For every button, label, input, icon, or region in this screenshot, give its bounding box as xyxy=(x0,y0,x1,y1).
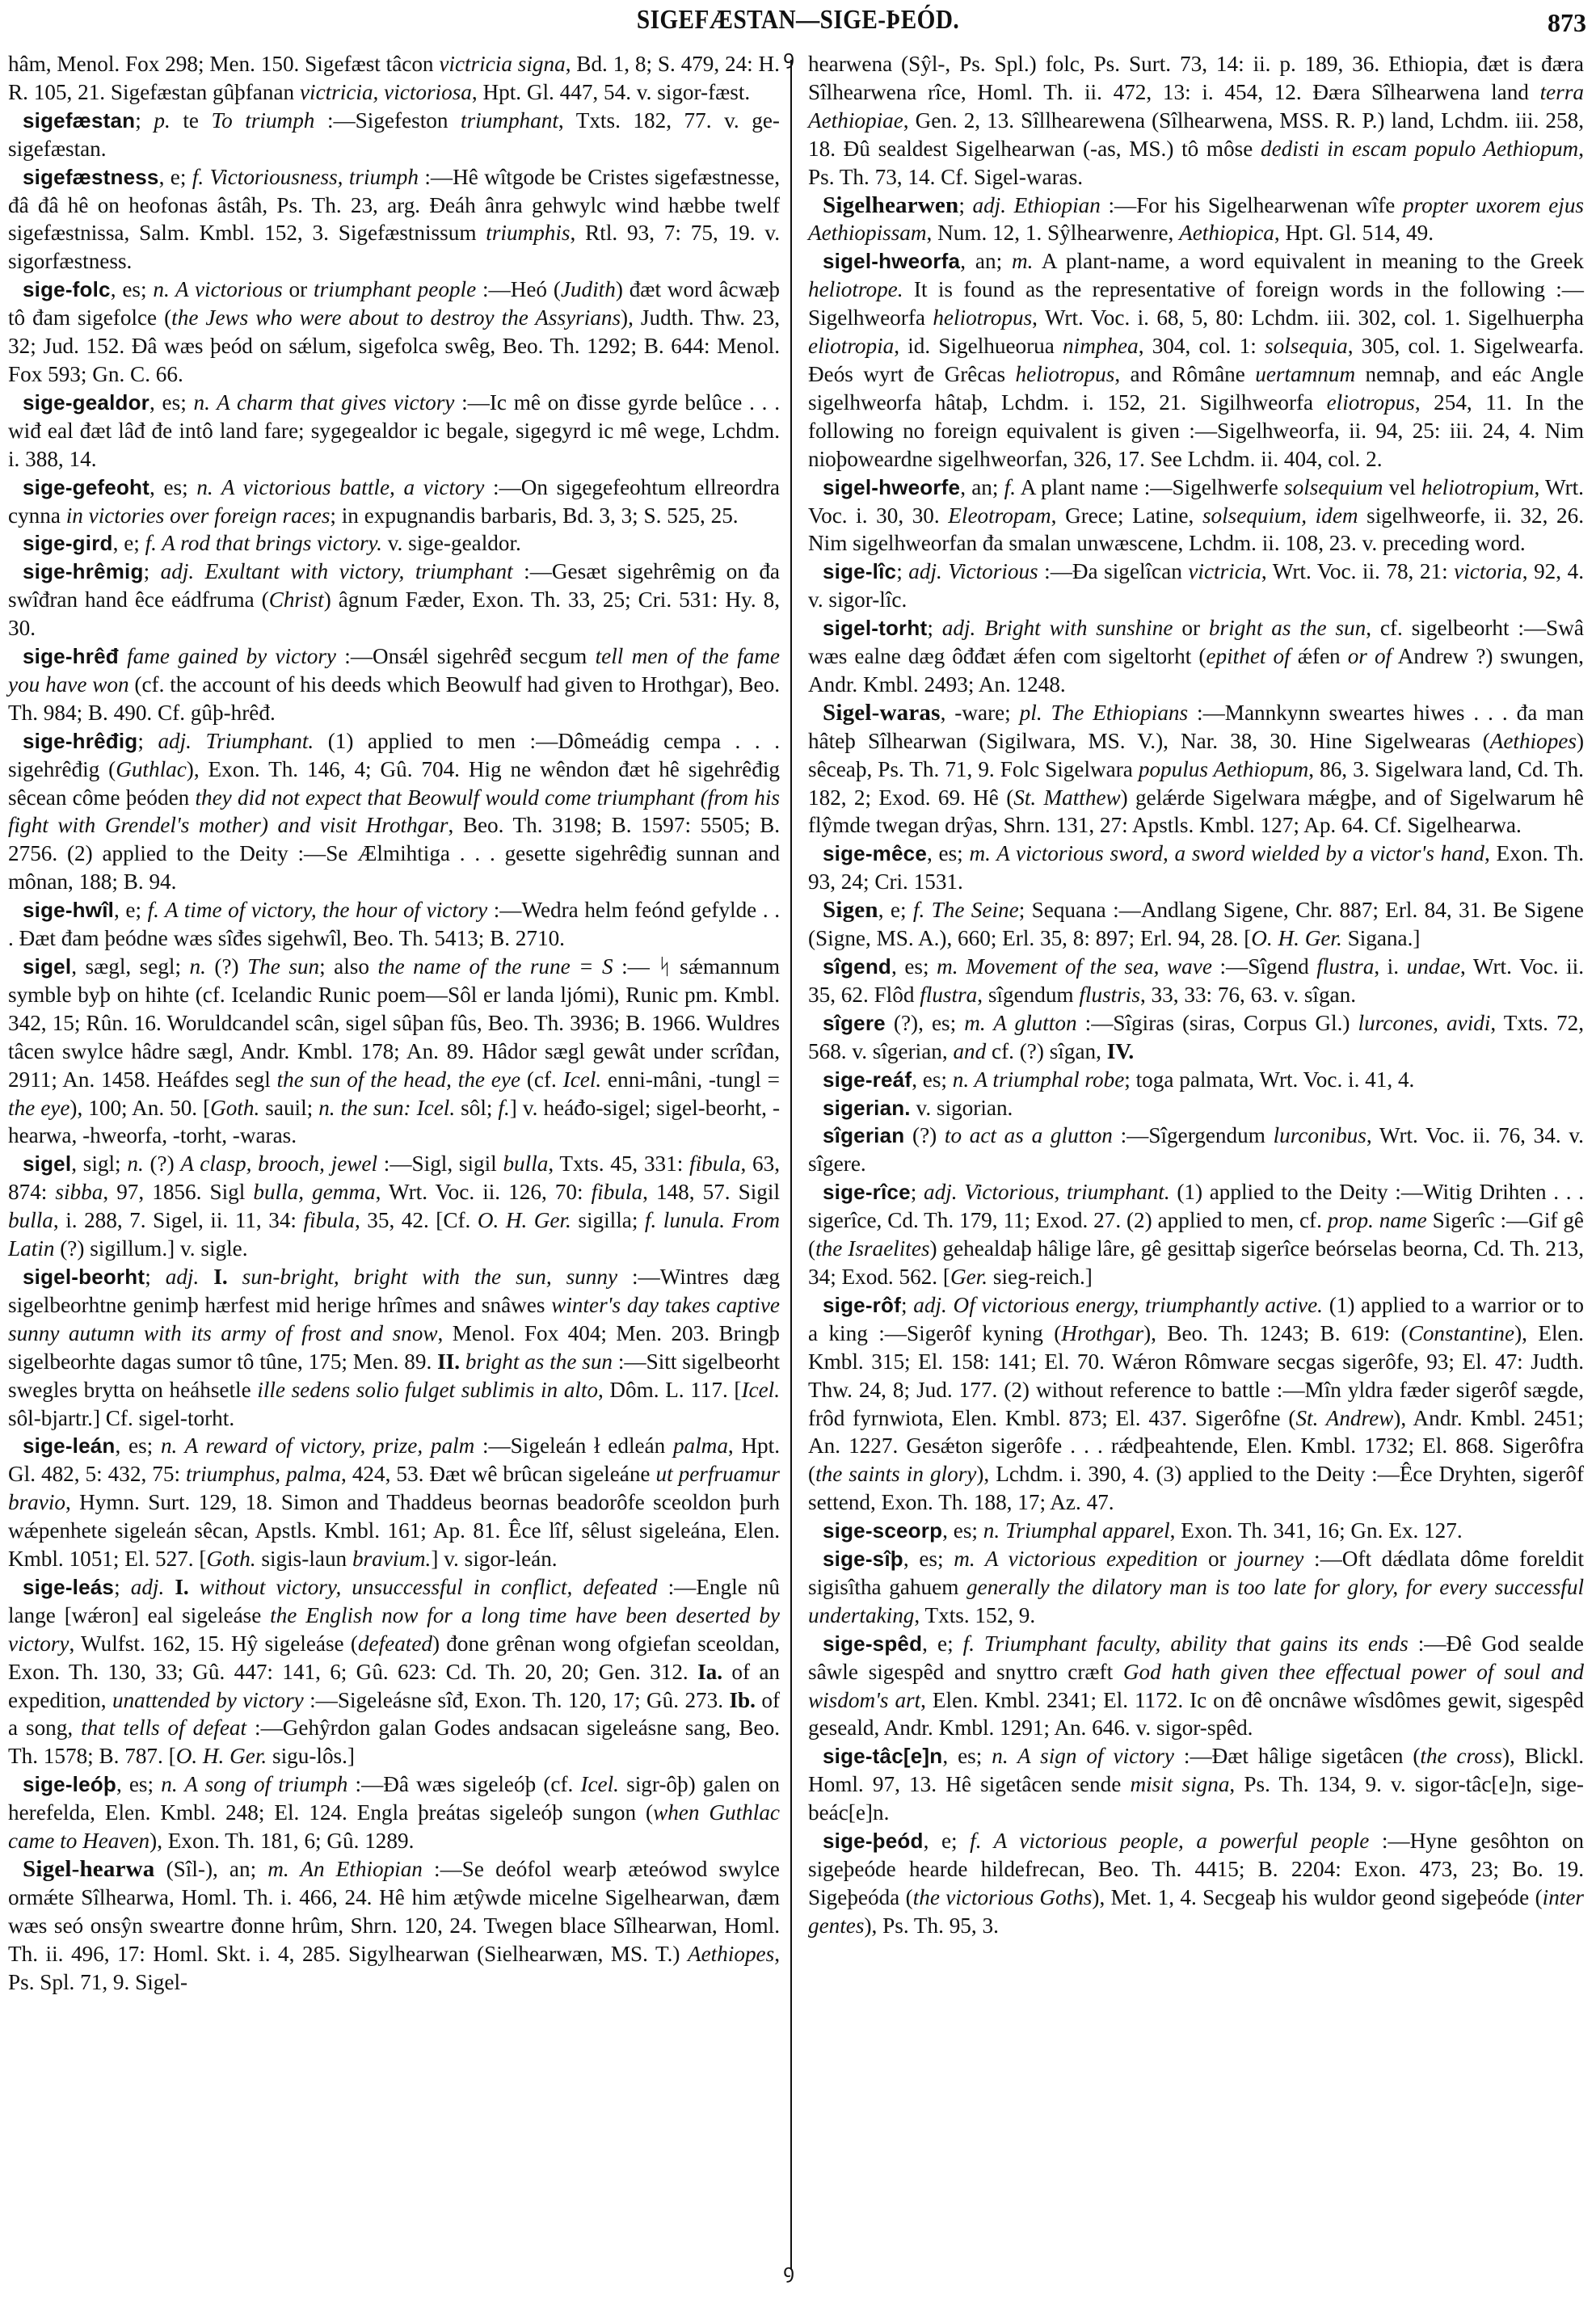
column-rule-ornament-bottom-icon: ꝯ xyxy=(783,2263,794,2282)
dictionary-entry: sige-folc, es; n. A victorious or triump… xyxy=(8,276,780,389)
entry-text: , Wrt. Voc. i. 68, 5, 80: Lchdm. iii. 30… xyxy=(1032,305,1584,330)
entry-continuation: hearwena (Sŷl-, Ps. Spl.) folc, Ps. Surt… xyxy=(808,50,1584,192)
gloss-italic: n. A victorious xyxy=(153,277,282,301)
headword: sige-leás xyxy=(23,1575,114,1599)
dictionary-entry: Sigel-waras, -ware; pl. The Ethiopians :… xyxy=(808,699,1584,840)
entry-text: , 304, col. 1: xyxy=(1139,334,1265,358)
entry-text: , an; xyxy=(960,475,1004,499)
headword: sige-rîce xyxy=(823,1180,911,1204)
headword: sige-hwîl xyxy=(23,898,114,922)
gloss-italic: A clasp, brooch, jewel xyxy=(180,1151,377,1176)
entry-text: , Dôm. L. 117. [ xyxy=(598,1378,741,1402)
gloss-italic: eliotropus xyxy=(1327,390,1415,415)
entry-continuation: hâm, Menol. Fox 298; Men. 150. Sigefæst … xyxy=(8,50,780,107)
gloss-italic: adj. xyxy=(131,1575,165,1599)
gloss-italic: fibula xyxy=(304,1208,355,1232)
gloss-italic: n. Triumphal apparel xyxy=(983,1518,1170,1543)
entry-text: sôl; xyxy=(455,1096,498,1120)
gloss-italic: fibula xyxy=(592,1180,642,1204)
gloss-italic: the victorious Goths xyxy=(913,1885,1093,1909)
gloss-italic: journey xyxy=(1236,1547,1303,1571)
headword: sige-tâc[e]n xyxy=(823,1744,942,1768)
dictionary-entry: sige-leóþ, es; n. A song of triumph :—Đâ… xyxy=(8,1770,780,1855)
gloss-italic: flustris xyxy=(1079,983,1140,1007)
headword: sige-spêd xyxy=(823,1631,922,1656)
sense-number: IV. xyxy=(1107,1039,1135,1063)
dictionary-entry: sigefæstness, e; f. Victoriousness, triu… xyxy=(8,163,780,276)
gloss-italic: the name of the rune = S xyxy=(377,954,613,979)
dictionary-entry: sigel-hweorfe, an; f. A plant name :—Sig… xyxy=(808,474,1584,558)
gloss-italic: Guthlac xyxy=(116,757,187,781)
gloss-italic: adj. Ethiopian xyxy=(972,193,1100,217)
gloss-italic: or of xyxy=(1348,644,1392,668)
gloss-italic: flustra xyxy=(920,983,977,1007)
entry-text: or xyxy=(1198,1547,1236,1571)
gloss-italic: f. Triumphant faculty, ability that gain… xyxy=(963,1631,1409,1656)
gloss-italic: Christ xyxy=(269,587,324,612)
gloss-italic: f. A victorious people, a powerful peopl… xyxy=(970,1829,1369,1853)
entry-text: , es; xyxy=(942,1744,992,1768)
gloss-italic: nimphea xyxy=(1063,334,1139,358)
page-header: SIGEFÆSTAN—SIGE-ÞEÓD. 873 xyxy=(0,0,1596,48)
column-rule-ornament-top-icon: ꝯ xyxy=(783,48,794,68)
gloss-italic: O. H. Ger. xyxy=(478,1208,571,1232)
entry-text: te xyxy=(171,108,212,133)
headword: sige-lîc xyxy=(823,559,896,583)
gloss-italic: adj. Victorious, triumphant. xyxy=(924,1180,1170,1204)
entry-text: (?), es; xyxy=(886,1011,964,1035)
gloss-italic: f. A time of victory, the hour of victor… xyxy=(148,898,488,922)
gloss-italic: bright as the sun xyxy=(1209,616,1366,640)
entry-text: , es; xyxy=(912,1067,953,1092)
headword: sigel-hweorfe xyxy=(823,475,960,499)
gloss-italic: Goth. xyxy=(210,1096,259,1120)
gloss-italic: m. Movement of the sea, wave xyxy=(937,954,1212,979)
gloss-italic: n. xyxy=(190,954,206,979)
entry-text: , es; xyxy=(116,1433,161,1458)
entry-text: ), Exon. Th. 181, 6; Gû. 1289. xyxy=(149,1829,414,1853)
entry-text: , 148, 57. Sigil xyxy=(642,1180,780,1204)
headword: sigefæstan xyxy=(23,108,135,133)
entry-text: hearwena (Sŷl-, Ps. Spl.) folc, Ps. Surt… xyxy=(808,52,1584,104)
entry-text: :—Sigeleán ł edleán xyxy=(474,1433,673,1458)
gloss-italic: adj. Victorious xyxy=(908,559,1038,583)
entry-text: ] v. sigor-leán. xyxy=(431,1547,557,1571)
dictionary-entry: sigel-hweorfa, an; m. A plant-name, a wo… xyxy=(808,247,1584,473)
entry-text: (?) sigillum.] v. sigle. xyxy=(54,1236,247,1261)
entry-text: ), Beo. Th. 1243; B. 619: ( xyxy=(1143,1321,1409,1345)
gloss-italic: solsequium, idem xyxy=(1202,503,1358,528)
gloss-italic: Constantine xyxy=(1409,1321,1514,1345)
entry-text: ; toga palmata, Wrt. Voc. i. 41, 4. xyxy=(1124,1067,1414,1092)
entry-text: , Exon. Th. 341, 16; Gn. Ex. 127. xyxy=(1170,1518,1463,1543)
gloss-italic: lurconibus xyxy=(1274,1123,1366,1147)
headword: sigefæstness xyxy=(23,165,159,189)
headword: sigel-hweorfa xyxy=(823,249,960,273)
dictionary-entry: sigel, sigl; n. (?) A clasp, brooch, jew… xyxy=(8,1150,780,1263)
headword: sîgerian xyxy=(823,1123,904,1147)
entry-text: ; xyxy=(145,1265,166,1289)
gloss-italic: bulla xyxy=(503,1151,548,1176)
dictionary-entry: Sigen, e; f. The Seine; Sequana :—Andlan… xyxy=(808,896,1584,953)
headword: sige-sceorp xyxy=(823,1518,942,1543)
entry-text: ; xyxy=(135,108,154,133)
dictionary-entry: Sigelhearwen; adj. Ethiopian :—For his S… xyxy=(808,192,1584,248)
entry-text xyxy=(228,1265,242,1289)
sense-number: Ib. xyxy=(729,1688,756,1712)
entry-text: , Hpt. Gl. 447, 54. v. sigor-fæst. xyxy=(472,80,750,104)
entry-text: :—Sîgiras (siras, Corpus Gl.) xyxy=(1077,1011,1358,1035)
gloss-italic: n. the sun: Icel. xyxy=(318,1096,455,1120)
entry-text: , e; xyxy=(922,1631,963,1656)
dictionary-entry: sigerian. v. sigorian. xyxy=(808,1094,1584,1122)
gloss-italic: the Israelites xyxy=(815,1236,929,1261)
dictionary-entry: sige-sîþ, es; m. A victorious expedition… xyxy=(808,1545,1584,1630)
entry-text: , es; xyxy=(149,475,196,499)
entry-text: v. sigorian. xyxy=(911,1096,1013,1120)
headword: sige-reáf xyxy=(823,1067,912,1092)
entry-text: , e; xyxy=(114,898,148,922)
dictionary-entry: sigel-torht; adj. Bright with sunshine o… xyxy=(808,614,1584,699)
entry-text xyxy=(164,1575,175,1599)
gloss-italic: that tells of defeat xyxy=(81,1715,246,1740)
gloss-italic: triumphant xyxy=(461,108,558,133)
sense-number: I. xyxy=(213,1265,227,1289)
gloss-italic: f. xyxy=(498,1096,509,1120)
gloss-italic: dedisti in escam populo Aethiopum xyxy=(1261,137,1578,161)
entry-text: , e; xyxy=(159,165,192,189)
gloss-italic: m. A victorious sword, a sword wielded b… xyxy=(969,841,1484,865)
entry-text: :—For his Sigelhearwenan wîfe xyxy=(1101,193,1403,217)
headword: sigel xyxy=(23,954,71,979)
dictionary-entry: sige-hrêđ fame gained by victory :—Onsǽl… xyxy=(8,642,780,727)
gloss-italic: victricia, victoriosa xyxy=(300,80,472,104)
headword: sige-hrêđig xyxy=(23,729,137,753)
gloss-italic: without victory, unsuccessful in conflic… xyxy=(200,1575,658,1599)
headword: sige-sîþ xyxy=(823,1547,903,1571)
gloss-italic: misit signa xyxy=(1130,1772,1229,1796)
gloss-italic: lurcones, avidi xyxy=(1358,1011,1491,1035)
dictionary-entry: sigel-beorht; adj. I. sun-bright, bright… xyxy=(8,1263,780,1432)
right-column: hearwena (Sŷl-, Ps. Spl.) folc, Ps. Surt… xyxy=(808,50,1584,1940)
entry-text: , Txts. 152, 9. xyxy=(914,1603,1035,1627)
entry-text xyxy=(119,644,127,668)
gloss-italic: palma xyxy=(673,1433,728,1458)
headword: sigel xyxy=(23,1151,71,1176)
dictionary-entry: sige-mêce, es; m. A victorious sword, a … xyxy=(808,840,1584,896)
entry-text: ; in expugnandis barbaris, Bd. 3, 3; S. … xyxy=(330,503,738,528)
gloss-italic: eliotropia xyxy=(808,334,894,358)
gloss-italic: solsequia xyxy=(1265,334,1348,358)
gloss-italic: sun-bright, bright with the sun, sunny xyxy=(242,1265,617,1289)
gloss-italic: solsequium xyxy=(1284,475,1383,499)
entry-text: , e; xyxy=(113,531,145,555)
headword: Sigelhearwen xyxy=(823,192,958,218)
gloss-italic: f. Victoriousness, triumph xyxy=(192,165,419,189)
dictionary-entry: sige-leás; adj. I. without victory, unsu… xyxy=(8,1573,780,1770)
dictionary-entry: sige-rôf; adj. Of victorious energy, tri… xyxy=(808,1291,1584,1517)
entry-text: sigis-laun xyxy=(256,1547,352,1571)
sense-number: II. xyxy=(437,1349,460,1374)
gloss-italic: Eleotropam xyxy=(948,503,1051,528)
gloss-italic: f. xyxy=(1004,475,1016,499)
headword: sige-þeód xyxy=(823,1829,924,1853)
entry-text: Sigana.] xyxy=(1342,926,1421,950)
entry-text: :—Sîgend xyxy=(1212,954,1316,979)
entry-text: vel xyxy=(1383,475,1421,499)
gloss-italic: adj. xyxy=(166,1265,200,1289)
entry-text: , 33, 33: 76, 63. v. sîgan. xyxy=(1140,983,1356,1007)
entry-text: cf. (?) sîgan, xyxy=(986,1039,1106,1063)
gloss-italic: m. An Ethiopian xyxy=(267,1857,423,1881)
gloss-italic: To triumph xyxy=(212,108,315,133)
gloss-italic: triumphis xyxy=(486,221,570,245)
gloss-italic: adj. Of victorious energy, triumphantly … xyxy=(913,1293,1323,1317)
entry-text: sôl-bjartr.] Cf. sigel-torht. xyxy=(8,1406,234,1430)
dictionary-entry: sige-sceorp, es; n. Triumphal apparel, E… xyxy=(808,1517,1584,1545)
dictionary-entry: sige-þeód, e; f. A victorious people, a … xyxy=(808,1827,1584,1940)
gloss-italic: undae xyxy=(1407,954,1460,979)
headword: sige-folc xyxy=(23,277,111,301)
entry-text: , es; xyxy=(149,390,194,415)
entry-text: ; xyxy=(896,559,908,583)
headword: sigerian. xyxy=(823,1096,911,1120)
entry-text: , i. xyxy=(1374,954,1406,979)
entry-text: , sîgendum xyxy=(977,983,1079,1007)
headword: sige-gird xyxy=(23,531,113,555)
gloss-italic: victoria xyxy=(1454,559,1522,583)
entry-text: , -ware; xyxy=(941,701,1020,725)
gloss-italic: St. Matthew xyxy=(1013,785,1120,810)
gloss-italic: prop. name xyxy=(1328,1208,1427,1232)
entry-text: , id. Sigelhueorua xyxy=(894,334,1063,358)
entry-text: sigilla; xyxy=(571,1208,645,1232)
entry-text: :—Sigefeston xyxy=(314,108,461,133)
entry-text: , es; xyxy=(927,841,969,865)
dictionary-entry: sigefæstan; p. te To triumph :—Sigefesto… xyxy=(8,107,780,163)
headword: sige-hrêmig xyxy=(23,559,144,583)
gloss-italic: pl. The Ethiopians xyxy=(1020,701,1188,725)
gloss-italic: n. A triumphal robe xyxy=(953,1067,1124,1092)
entry-text: , sægl, segl; xyxy=(71,954,189,979)
gloss-italic: O. H. Ger. xyxy=(176,1744,267,1768)
entry-text: sauil; xyxy=(259,1096,318,1120)
entry-text xyxy=(189,1575,200,1599)
gloss-italic: St. Andrew xyxy=(1295,1406,1393,1430)
entry-text: hâm, Menol. Fox 298; Men. 150. Sigefæst … xyxy=(8,52,439,76)
gloss-italic: m. A glutton xyxy=(964,1011,1076,1035)
gloss-italic: in victories over foreign races xyxy=(66,503,331,528)
gloss-italic: triumphus, palma xyxy=(186,1462,341,1486)
entry-text: ), 100; An. 50. [ xyxy=(69,1096,210,1120)
gloss-italic: Aethiopes xyxy=(688,1942,774,1966)
entry-text: (?) xyxy=(206,954,247,979)
entry-text: ; xyxy=(137,729,158,753)
entry-text: , e; xyxy=(878,898,913,922)
gloss-italic: O. H. Ger. xyxy=(1251,926,1342,950)
left-column: hâm, Menol. Fox 298; Men. 150. Sigefæst … xyxy=(8,50,780,1997)
entry-text: , Txts. 45, 331: xyxy=(548,1151,689,1176)
gloss-italic: triumphant people xyxy=(314,277,476,301)
entry-text: (cf. xyxy=(520,1067,563,1092)
headword: Sigel-hearwa xyxy=(23,1856,155,1882)
entry-text: :—Sigeleásne sîđ, Exon. Th. 120, 17; Gû.… xyxy=(304,1688,730,1712)
entry-text: , sigl; xyxy=(71,1151,127,1176)
entry-text: A plant-name, a word equivalent in meani… xyxy=(1033,249,1584,273)
entry-text: , 424, 53. Đæt wê brûcan sigeleáne xyxy=(341,1462,655,1486)
gloss-italic: heliotropium xyxy=(1421,475,1534,499)
entry-text xyxy=(199,1265,213,1289)
dictionary-entry: sige-gealdor, es; n. A charm that gives … xyxy=(8,389,780,474)
entry-text: ; xyxy=(927,616,941,640)
entry-text xyxy=(460,1349,465,1374)
headword: Sigen xyxy=(823,897,878,923)
gloss-italic: and xyxy=(953,1039,986,1063)
entry-text: , i. 288, 7. Sigel, ii. 11, 34: xyxy=(53,1208,304,1232)
running-head: SIGEFÆSTAN—SIGE-ÞEÓD. xyxy=(112,5,1484,36)
entry-text: , Elen. Kmbl. 2341; El. 1172. Ic on đê o… xyxy=(808,1688,1584,1741)
gloss-italic: the cross xyxy=(1420,1744,1502,1768)
entry-text: or xyxy=(283,277,314,301)
dictionary-entry: sige-reáf, es; n. A triumphal robe; toga… xyxy=(808,1066,1584,1094)
dictionary-entry: sîgere (?), es; m. A glutton :—Sîgiras (… xyxy=(808,1009,1584,1066)
entry-text: , and Rômâne xyxy=(1114,362,1255,386)
gloss-italic: ille sedens solio fulget sublimis in alt… xyxy=(257,1378,598,1402)
entry-text: :—Sîgergendum xyxy=(1113,1123,1274,1147)
entry-text: , 97, 1856. Sigl xyxy=(103,1180,253,1204)
entry-text: , Grece; Latine, xyxy=(1051,503,1202,528)
gloss-italic: the sun of the head, the eye xyxy=(277,1067,520,1092)
entry-text: , Wrt. Voc. ii. 126, 70: xyxy=(376,1180,592,1204)
entry-text: :—Đa sigelîcan xyxy=(1038,559,1189,583)
headword: sige-gealdor xyxy=(23,390,149,415)
gloss-italic: bravium. xyxy=(352,1547,431,1571)
dictionary-entry: sige-tâc[e]n, es; n. A sign of victory :… xyxy=(808,1742,1584,1827)
gloss-italic: bulla xyxy=(8,1208,53,1232)
entry-text: :—Onsǽl sigehrêđ secgum xyxy=(336,644,596,668)
gloss-italic: Ger. xyxy=(950,1265,987,1289)
gloss-italic: n. A victorious battle, a victory xyxy=(196,475,484,499)
headword: sigel-beorht xyxy=(23,1265,145,1289)
gloss-italic: adj. Bright with sunshine xyxy=(942,616,1173,640)
gloss-italic: Aethiopes xyxy=(1490,729,1577,753)
dictionary-entry: sige-hrêmig; adj. Exultant with victory,… xyxy=(8,558,780,642)
gloss-italic: to act as a glutton xyxy=(945,1123,1113,1147)
gloss-italic: heliotrope. xyxy=(808,277,903,301)
gloss-italic: n. A charm that gives victory xyxy=(194,390,455,415)
headword: Sigel-waras xyxy=(823,700,941,726)
dictionary-entry: sige-hwîl, e; f. A time of victory, the … xyxy=(8,896,780,953)
dictionary-entry: sige-hrêđig; adj. Triumphant. (1) applie… xyxy=(8,727,780,896)
gloss-italic: The sun xyxy=(247,954,319,979)
sense-number: Ia. xyxy=(697,1660,722,1684)
gloss-italic: flustra xyxy=(1316,954,1374,979)
gloss-italic: adj. Triumphant. xyxy=(158,729,314,753)
entry-text: , e; xyxy=(924,1829,971,1853)
entry-text: ; xyxy=(144,559,161,583)
gloss-italic: populus Aethiopum xyxy=(1139,757,1308,781)
entry-text: :—Đæt hâlige sigetâcen ( xyxy=(1174,1744,1420,1768)
dictionary-entry: sige-gird, e; f. A rod that brings victo… xyxy=(8,529,780,558)
gloss-italic: Icel. xyxy=(563,1067,602,1092)
entry-text: sigu-lôs.] xyxy=(267,1744,355,1768)
gloss-italic: fibula xyxy=(689,1151,740,1176)
entry-text: sieg-reich.] xyxy=(987,1265,1093,1289)
gloss-italic: Hrothgar xyxy=(1061,1321,1143,1345)
gloss-italic: uertamnum xyxy=(1255,362,1355,386)
gloss-italic: victricia signa xyxy=(439,52,565,76)
dictionary-entry: sîgend, es; m. Movement of the sea, wave… xyxy=(808,953,1584,1009)
gloss-italic: Aethiopica xyxy=(1179,221,1274,245)
entry-text: , es; xyxy=(111,277,154,301)
gloss-italic: sibba xyxy=(55,1180,103,1204)
dictionary-entry: sige-rîce; adj. Victorious, triumphant. … xyxy=(808,1178,1584,1291)
gloss-italic: f. The Seine xyxy=(913,898,1019,922)
entry-text: , Hpt. Gl. 514, 49. xyxy=(1274,221,1434,245)
headword: sige-leóþ xyxy=(23,1772,116,1796)
page-number: 873 xyxy=(1548,8,1586,38)
gloss-italic: heliotropus xyxy=(933,305,1032,330)
dictionary-entry: sigel, sægl, segl; n. (?) The sun; also … xyxy=(8,953,780,1150)
headword: sige-rôf xyxy=(823,1293,901,1317)
entry-text: , Num. 12, 1. Sŷlhearwenre, xyxy=(927,221,1180,245)
dictionary-entry: sige-spêd, e; f. Triumphant faculty, abi… xyxy=(808,1630,1584,1743)
sense-number: I. xyxy=(175,1575,188,1599)
gloss-italic: the saints in glory xyxy=(815,1462,976,1486)
entry-text: ǽfen xyxy=(1291,644,1348,668)
gloss-italic: the Jews who were about to destroy the A… xyxy=(171,305,621,330)
gloss-italic: n. A reward of victory, prize, palm xyxy=(161,1433,474,1458)
gloss-italic: bulla, gemma xyxy=(253,1180,375,1204)
entry-text: (Sîl-), an; xyxy=(155,1857,268,1881)
entry-text: :—Đâ wæs sigeleóþ (cf. xyxy=(347,1772,580,1796)
gloss-italic: victricia xyxy=(1188,559,1261,583)
gloss-italic: f. A rod that brings victory. xyxy=(145,531,382,555)
entry-text: :—Heó ( xyxy=(476,277,561,301)
entry-text: (?) xyxy=(144,1151,181,1176)
entry-text: ; also xyxy=(319,954,377,979)
entry-text: , es; xyxy=(116,1772,161,1796)
headword: sige-gefeoht xyxy=(23,475,149,499)
dictionary-entry: sige-gefeoht, es; n. A victorious battle… xyxy=(8,474,780,530)
entry-text: ; xyxy=(911,1180,924,1204)
dictionary-entry: sîgerian (?) to act as a glutton :—Sîger… xyxy=(808,1122,1584,1178)
entry-text: v. sige-gealdor. xyxy=(382,531,521,555)
entry-text: ; xyxy=(114,1575,131,1599)
entry-text: :—Sigl, sigil xyxy=(377,1151,503,1176)
gloss-italic: m. A victorious expedition xyxy=(954,1547,1198,1571)
gloss-italic: p. xyxy=(154,108,170,133)
entry-text: , 35, 42. [Cf. xyxy=(355,1208,478,1232)
gloss-italic: m. xyxy=(1012,249,1033,273)
entry-text: A plant name :—Sigelhwerfe xyxy=(1016,475,1284,499)
headword: sîgere xyxy=(823,1011,886,1035)
gloss-italic: unattended by victory xyxy=(112,1688,304,1712)
gloss-italic: Goth. xyxy=(206,1547,255,1571)
entry-text: , es; xyxy=(942,1518,983,1543)
gloss-italic: Icel. xyxy=(741,1378,780,1402)
entry-text: , es; xyxy=(891,954,937,979)
entry-text: ; xyxy=(958,193,972,217)
entry-text: (?) xyxy=(904,1123,945,1147)
gloss-italic: n. A sign of victory xyxy=(992,1744,1174,1768)
headword: sige-leán xyxy=(23,1433,116,1458)
gloss-italic: fame gained by victory xyxy=(127,644,336,668)
headword: sige-mêce xyxy=(823,841,927,865)
entry-text: or xyxy=(1173,616,1208,640)
gloss-italic: heliotropus xyxy=(1015,362,1114,386)
gloss-italic: epithet of xyxy=(1206,644,1290,668)
